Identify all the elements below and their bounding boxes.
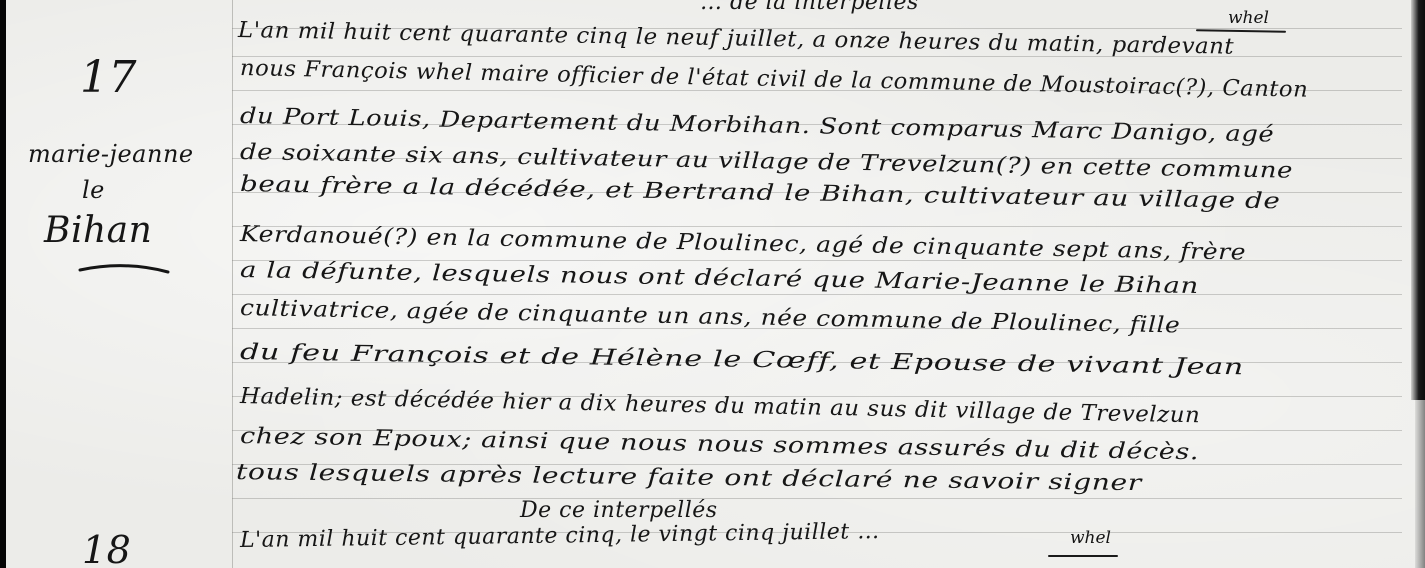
entry-line-3: du Port Louis, Departement du Morbihan. … (240, 104, 1275, 148)
margin-given-name: marie-jeanne (28, 140, 194, 168)
next-entry-paraph: whel (1070, 528, 1111, 548)
next-entry-first-line: L'an mil huit cent quarante cinq, le vin… (240, 519, 880, 553)
ruled-line (232, 498, 1402, 499)
margin-particle: le (82, 176, 105, 204)
scan-left-border (0, 0, 6, 568)
paraph-underline (1196, 29, 1286, 33)
previous-entry-closing: … de la interpellés (700, 0, 919, 15)
entry-line-10: Hadelin; est décédée hier a dix heures d… (240, 384, 1201, 428)
entry-line-6: Kerdanoué(?) en la commune de Ploulinec,… (240, 222, 1247, 265)
binding-shadow (1411, 0, 1425, 400)
margin-surname: Bihan (44, 210, 152, 251)
entry-line-2: nous François whel maire officier de l'é… (240, 56, 1309, 103)
binding-shadow-lower (1415, 400, 1425, 568)
register-page: … de la interpellés whel 17 marie-jeanne… (0, 0, 1425, 568)
entry-line-1: L'an mil huit cent quarante cinq le neuf… (238, 18, 1235, 60)
entry-line-8: cultivatrice, agée de cinquante un ans, … (240, 296, 1181, 338)
paraph-underline (1048, 555, 1118, 557)
margin-rule (232, 0, 233, 568)
previous-entry-paraph: whel (1228, 8, 1269, 28)
surname-flourish (78, 262, 170, 274)
ruled-line (232, 294, 1402, 295)
next-entry-number: 18 (82, 528, 131, 568)
closing-heading: De ce interpellés (520, 498, 718, 523)
entry-line-7: a la défunte, lesquels nous ont déclaré … (240, 258, 1200, 299)
entry-line-9: du feu François et de Hélène le Cœff, et… (240, 340, 1245, 380)
entry-number: 17 (80, 52, 137, 103)
entry-line-12: tous lesquels après lecture faite ont dé… (236, 460, 1142, 496)
